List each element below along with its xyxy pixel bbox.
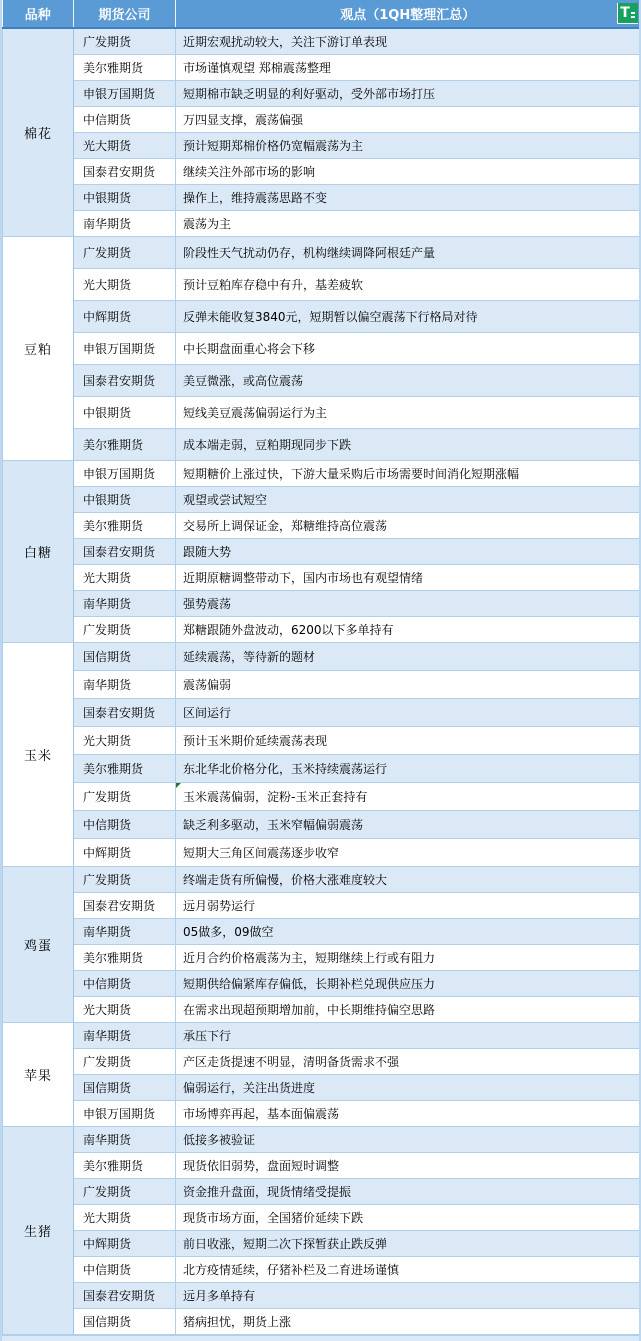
viewpoint-cell: 产区走货提速不明显，清明备货需求不强 bbox=[176, 1048, 640, 1074]
viewpoint-text: 市场博弈再起，基本面偏震荡 bbox=[183, 1107, 339, 1121]
viewpoint-text: 预计短期郑棉价格仍宽幅震荡为主 bbox=[183, 139, 363, 153]
viewpoint-cell: 美豆微涨，或高位震荡 bbox=[176, 364, 640, 396]
table-body: 棉花广发期货近期宏观扰动较大，关注下游订单表现美尔雅期货市场谨慎观望 郑棉震荡整… bbox=[3, 28, 640, 1334]
table-row: 光大期货现货市场方面，全国猪价延续下跌 bbox=[3, 1204, 640, 1230]
viewpoint-text: 资金推升盘面，现货情绪受提振 bbox=[183, 1185, 351, 1199]
table-row: 生猪南华期货低接多被验证 bbox=[3, 1126, 640, 1152]
viewpoint-text: 短线美豆震荡偏弱运行为主 bbox=[183, 406, 327, 420]
table-row: 光大期货预计豆粕库存稳中有升，基差疲软 bbox=[3, 268, 640, 300]
viewpoint-cell: 震荡偏弱 bbox=[176, 670, 640, 698]
table-row: 国信期货偏弱运行，关注出货进度 bbox=[3, 1074, 640, 1100]
company-cell: 中辉期货 bbox=[74, 838, 176, 866]
variety-cell: 玉米 bbox=[3, 642, 74, 866]
company-cell: 中辉期货 bbox=[74, 1230, 176, 1256]
company-cell: 美尔雅期货 bbox=[74, 428, 176, 460]
header-variety: 品种 bbox=[3, 0, 74, 28]
company-cell: 光大期货 bbox=[74, 996, 176, 1022]
company-cell: 中信期货 bbox=[74, 1256, 176, 1282]
table-row: 申银万国期货市场博弈再起，基本面偏震荡 bbox=[3, 1100, 640, 1126]
viewpoint-cell: 继续关注外部市场的影响 bbox=[176, 158, 640, 184]
header-viewpoint-label: 观点（1QH整理汇总） bbox=[340, 8, 475, 23]
table-row: 广发期货郑糖跟随外盘波动，6200以下多单持有 bbox=[3, 616, 640, 642]
viewpoint-text: 郑糖跟随外盘波动，6200以下多单持有 bbox=[183, 623, 394, 637]
viewpoint-text: 市场谨慎观望 郑棉震荡整理 bbox=[183, 61, 331, 75]
viewpoint-cell: 终端走货有所偏慢，价格大涨难度较大 bbox=[176, 866, 640, 892]
company-cell: 美尔雅期货 bbox=[74, 54, 176, 80]
table-row: 国泰君安期货远月弱势运行 bbox=[3, 892, 640, 918]
table-row: 中银期货操作上，维持震荡思路不变 bbox=[3, 184, 640, 210]
table-row: 国泰君安期货继续关注外部市场的影响 bbox=[3, 158, 640, 184]
company-cell: 光大期货 bbox=[74, 1204, 176, 1230]
table-row: 国信期货猪病担忧，期货上涨 bbox=[3, 1308, 640, 1334]
comment-flag-icon bbox=[176, 783, 181, 788]
table-row: 中银期货观望或尝试短空 bbox=[3, 486, 640, 512]
viewpoint-text: 阶段性天气扰动仍存，机构继续调降阿根廷产量 bbox=[183, 246, 435, 260]
company-cell: 国泰君安期货 bbox=[74, 1282, 176, 1308]
viewpoint-text: 远月弱势运行 bbox=[183, 899, 255, 913]
variety-cell: 棉花 bbox=[3, 28, 74, 236]
viewpoint-text: 反弹未能收复3840元，短期暂以偏空震荡下行格局对待 bbox=[183, 310, 478, 324]
table-row: 中信期货缺乏利多驱动，玉米窄幅偏弱震荡 bbox=[3, 810, 640, 838]
viewpoint-cell: 交易所上调保证金，郑糖维持高位震荡 bbox=[176, 512, 640, 538]
company-cell: 广发期货 bbox=[74, 866, 176, 892]
viewpoint-text: 区间运行 bbox=[183, 706, 231, 720]
viewpoint-cell: 市场谨慎观望 郑棉震荡整理 bbox=[176, 54, 640, 80]
viewpoint-text: 05做多，09做空 bbox=[183, 925, 274, 939]
viewpoint-text: 东北华北价格分化，玉米持续震荡运行 bbox=[183, 762, 387, 776]
futures-viewpoint-table-page: 品种 期货公司 观点（1QH整理汇总） T 棉花广发期货近期宏观扰动较大，关注下… bbox=[0, 0, 641, 1341]
viewpoint-cell: 成本端走弱，豆粕期现同步下跌 bbox=[176, 428, 640, 460]
company-cell: 中信期货 bbox=[74, 970, 176, 996]
viewpoint-cell: 短期棉市缺乏明显的利好驱动，受外部市场打压 bbox=[176, 80, 640, 106]
header-company: 期货公司 bbox=[74, 0, 176, 28]
viewpoint-text: 跟随大势 bbox=[183, 545, 231, 559]
table-row: 美尔雅期货成本端走弱，豆粕期现同步下跌 bbox=[3, 428, 640, 460]
table-row: 中信期货北方疫情延续，仔猪补栏及二育进场谨慎 bbox=[3, 1256, 640, 1282]
viewpoint-cell: 跟随大势 bbox=[176, 538, 640, 564]
company-cell: 广发期货 bbox=[74, 616, 176, 642]
viewpoint-cell: 近月合约价格震荡为主，短期继续上行或有阻力 bbox=[176, 944, 640, 970]
viewpoint-text: 震荡偏弱 bbox=[183, 678, 231, 692]
viewpoint-cell: 缺乏利多驱动，玉米窄幅偏弱震荡 bbox=[176, 810, 640, 838]
viewpoint-text: 近期宏观扰动较大，关注下游订单表现 bbox=[183, 35, 387, 49]
table-row: 棉花广发期货近期宏观扰动较大，关注下游订单表现 bbox=[3, 28, 640, 54]
viewpoint-text: 猪病担忧，期货上涨 bbox=[183, 1315, 291, 1329]
table-row: 光大期货在需求出现超预期增加前，中长期维持偏空思路 bbox=[3, 996, 640, 1022]
company-cell: 南华期货 bbox=[74, 1126, 176, 1152]
viewpoint-text: 万四显支撑，震荡偏强 bbox=[183, 113, 303, 127]
viewpoint-cell: 万四显支撑，震荡偏强 bbox=[176, 106, 640, 132]
viewpoint-text: 美豆微涨，或高位震荡 bbox=[183, 374, 303, 388]
viewpoint-text: 近期原糖调整带动下，国内市场也有观望情绪 bbox=[183, 571, 423, 585]
viewpoint-cell: 操作上，维持震荡思路不变 bbox=[176, 184, 640, 210]
company-cell: 光大期货 bbox=[74, 132, 176, 158]
company-cell: 国信期货 bbox=[74, 1074, 176, 1100]
company-cell: 国信期货 bbox=[74, 1308, 176, 1334]
table-row: 广发期货资金推升盘面，现货情绪受提振 bbox=[3, 1178, 640, 1204]
logo-letter: T bbox=[620, 6, 630, 20]
viewpoint-cell: 短期大三角区间震荡逐步收窄 bbox=[176, 838, 640, 866]
viewpoint-cell: 偏弱运行，关注出货进度 bbox=[176, 1074, 640, 1100]
company-cell: 国泰君安期货 bbox=[74, 538, 176, 564]
viewpoint-cell: 北方疫情延续，仔猪补栏及二育进场谨慎 bbox=[176, 1256, 640, 1282]
viewpoint-cell: 预计短期郑棉价格仍宽幅震荡为主 bbox=[176, 132, 640, 158]
viewpoint-cell: 中长期盘面重心将会下移 bbox=[176, 332, 640, 364]
table-row: 中辉期货前日收涨，短期二次下探暂获止跌反弹 bbox=[3, 1230, 640, 1256]
company-cell: 中信期货 bbox=[74, 810, 176, 838]
viewpoint-text: 近月合约价格震荡为主，短期继续上行或有阻力 bbox=[183, 951, 435, 965]
viewpoint-text: 强势震荡 bbox=[183, 597, 231, 611]
table-row: 国泰君安期货区间运行 bbox=[3, 698, 640, 726]
company-cell: 南华期货 bbox=[74, 210, 176, 236]
company-cell: 申银万国期货 bbox=[74, 460, 176, 486]
table-row: 美尔雅期货市场谨慎观望 郑棉震荡整理 bbox=[3, 54, 640, 80]
viewpoint-cell: 观望或尝试短空 bbox=[176, 486, 640, 512]
viewpoint-text: 现货依旧弱势，盘面短时调整 bbox=[183, 1159, 339, 1173]
viewpoint-text: 短期供给偏紧库存偏低，长期补栏兑现供应压力 bbox=[183, 977, 435, 991]
viewpoint-text: 终端走货有所偏慢，价格大涨难度较大 bbox=[183, 873, 387, 887]
viewpoint-text: 现货市场方面，全国猪价延续下跌 bbox=[183, 1211, 363, 1225]
viewpoint-table: 品种 期货公司 观点（1QH整理汇总） T 棉花广发期货近期宏观扰动较大，关注下… bbox=[2, 0, 640, 1335]
variety-cell: 苹果 bbox=[3, 1022, 74, 1126]
table-row: 广发期货产区走货提速不明显，清明备货需求不强 bbox=[3, 1048, 640, 1074]
viewpoint-cell: 近期宏观扰动较大，关注下游订单表现 bbox=[176, 28, 640, 54]
viewpoint-cell: 远月弱势运行 bbox=[176, 892, 640, 918]
variety-cell: 白糖 bbox=[3, 460, 74, 642]
table-row: 光大期货预计短期郑棉价格仍宽幅震荡为主 bbox=[3, 132, 640, 158]
viewpoint-cell: 强势震荡 bbox=[176, 590, 640, 616]
company-cell: 南华期货 bbox=[74, 1022, 176, 1048]
viewpoint-cell: 短期糖价上涨过快，下游大量采购后市场需要时间消化短期涨幅 bbox=[176, 460, 640, 486]
company-cell: 中银期货 bbox=[74, 396, 176, 428]
company-cell: 广发期货 bbox=[74, 782, 176, 810]
viewpoint-cell: 现货市场方面，全国猪价延续下跌 bbox=[176, 1204, 640, 1230]
viewpoint-cell: 预计玉米期价延续震荡表现 bbox=[176, 726, 640, 754]
viewpoint-text: 中长期盘面重心将会下移 bbox=[183, 342, 315, 356]
viewpoint-cell: 短期供给偏紧库存偏低，长期补栏兑现供应压力 bbox=[176, 970, 640, 996]
viewpoint-text: 前日收涨，短期二次下探暂获止跌反弹 bbox=[183, 1237, 387, 1251]
table-row: 南华期货强势震荡 bbox=[3, 590, 640, 616]
company-cell: 国泰君安期货 bbox=[74, 158, 176, 184]
table-row: 国泰君安期货美豆微涨，或高位震荡 bbox=[3, 364, 640, 396]
table-row: 中银期货短线美豆震荡偏弱运行为主 bbox=[3, 396, 640, 428]
company-cell: 广发期货 bbox=[74, 236, 176, 268]
company-cell: 光大期货 bbox=[74, 564, 176, 590]
viewpoint-text: 预计豆粕库存稳中有升，基差疲软 bbox=[183, 278, 363, 292]
viewpoint-cell: 震荡为主 bbox=[176, 210, 640, 236]
table-row: 光大期货近期原糖调整带动下，国内市场也有观望情绪 bbox=[3, 564, 640, 590]
viewpoint-text: 观望或尝试短空 bbox=[183, 493, 267, 507]
viewpoint-text: 玉米震荡偏弱，淀粉-玉米正套持有 bbox=[183, 790, 367, 804]
company-cell: 广发期货 bbox=[74, 1178, 176, 1204]
company-cell: 南华期货 bbox=[74, 670, 176, 698]
viewpoint-cell: 东北华北价格分化，玉米持续震荡运行 bbox=[176, 754, 640, 782]
viewpoint-text: 交易所上调保证金，郑糖维持高位震荡 bbox=[183, 519, 387, 533]
viewpoint-text: 产区走货提速不明显，清明备货需求不强 bbox=[183, 1055, 399, 1069]
viewpoint-text: 在需求出现超预期增加前，中长期维持偏空思路 bbox=[183, 1003, 435, 1017]
viewpoint-cell: 05做多，09做空 bbox=[176, 918, 640, 944]
company-cell: 美尔雅期货 bbox=[74, 754, 176, 782]
viewpoint-cell: 短线美豆震荡偏弱运行为主 bbox=[176, 396, 640, 428]
company-cell: 美尔雅期货 bbox=[74, 1152, 176, 1178]
viewpoint-cell: 郑糖跟随外盘波动，6200以下多单持有 bbox=[176, 616, 640, 642]
viewpoint-text: 预计玉米期价延续震荡表现 bbox=[183, 734, 327, 748]
table-row: 中信期货短期供给偏紧库存偏低，长期补栏兑现供应压力 bbox=[3, 970, 640, 996]
company-cell: 国泰君安期货 bbox=[74, 698, 176, 726]
table-row: 光大期货预计玉米期价延续震荡表现 bbox=[3, 726, 640, 754]
table-row: 国泰君安期货远月多单持有 bbox=[3, 1282, 640, 1308]
table-row: 中辉期货短期大三角区间震荡逐步收窄 bbox=[3, 838, 640, 866]
table-row: 白糖申银万国期货短期糖价上涨过快，下游大量采购后市场需要时间消化短期涨幅 bbox=[3, 460, 640, 486]
viewpoint-text: 缺乏利多驱动，玉米窄幅偏弱震荡 bbox=[183, 818, 363, 832]
viewpoint-cell: 反弹未能收复3840元，短期暂以偏空震荡下行格局对待 bbox=[176, 300, 640, 332]
viewpoint-text: 短期大三角区间震荡逐步收窄 bbox=[183, 846, 339, 860]
table-row: 南华期货震荡为主 bbox=[3, 210, 640, 236]
viewpoint-cell: 承压下行 bbox=[176, 1022, 640, 1048]
viewpoint-text: 延续震荡，等待新的题材 bbox=[183, 650, 315, 664]
table-row: 中辉期货反弹未能收复3840元，短期暂以偏空震荡下行格局对待 bbox=[3, 300, 640, 332]
viewpoint-text: 操作上，维持震荡思路不变 bbox=[183, 191, 327, 205]
variety-cell: 鸡蛋 bbox=[3, 866, 74, 1022]
viewpoint-cell: 预计豆粕库存稳中有升，基差疲软 bbox=[176, 268, 640, 300]
cutoff-next-row bbox=[2, 1335, 639, 1341]
table-row: 美尔雅期货近月合约价格震荡为主，短期继续上行或有阻力 bbox=[3, 944, 640, 970]
viewpoint-cell: 延续震荡，等待新的题材 bbox=[176, 642, 640, 670]
viewpoint-cell: 玉米震荡偏弱，淀粉-玉米正套持有 bbox=[176, 782, 640, 810]
header-viewpoint: 观点（1QH整理汇总） T bbox=[176, 0, 640, 28]
viewpoint-cell: 现货依旧弱势，盘面短时调整 bbox=[176, 1152, 640, 1178]
table-row: 广发期货玉米震荡偏弱，淀粉-玉米正套持有 bbox=[3, 782, 640, 810]
variety-cell: 生猪 bbox=[3, 1126, 74, 1334]
viewpoint-cell: 猪病担忧，期货上涨 bbox=[176, 1308, 640, 1334]
company-cell: 国泰君安期货 bbox=[74, 892, 176, 918]
company-cell: 中银期货 bbox=[74, 486, 176, 512]
company-cell: 南华期货 bbox=[74, 590, 176, 616]
viewpoint-text: 偏弱运行，关注出货进度 bbox=[183, 1081, 315, 1095]
viewpoint-cell: 资金推升盘面，现货情绪受提振 bbox=[176, 1178, 640, 1204]
green-t-logo-icon: T bbox=[617, 3, 638, 24]
company-cell: 光大期货 bbox=[74, 726, 176, 754]
table-row: 美尔雅期货交易所上调保证金，郑糖维持高位震荡 bbox=[3, 512, 640, 538]
table-row: 中信期货万四显支撑，震荡偏强 bbox=[3, 106, 640, 132]
company-cell: 中银期货 bbox=[74, 184, 176, 210]
header-row: 品种 期货公司 观点（1QH整理汇总） T bbox=[3, 0, 640, 28]
company-cell: 光大期货 bbox=[74, 268, 176, 300]
viewpoint-cell: 市场博弈再起，基本面偏震荡 bbox=[176, 1100, 640, 1126]
viewpoint-text: 继续关注外部市场的影响 bbox=[183, 165, 315, 179]
table-row: 鸡蛋广发期货终端走货有所偏慢，价格大涨难度较大 bbox=[3, 866, 640, 892]
table-row: 申银万国期货短期棉市缺乏明显的利好驱动，受外部市场打压 bbox=[3, 80, 640, 106]
viewpoint-cell: 区间运行 bbox=[176, 698, 640, 726]
company-cell: 中辉期货 bbox=[74, 300, 176, 332]
viewpoint-text: 北方疫情延续，仔猪补栏及二育进场谨慎 bbox=[183, 1263, 399, 1277]
viewpoint-cell: 低接多被验证 bbox=[176, 1126, 640, 1152]
company-cell: 申银万国期货 bbox=[74, 80, 176, 106]
table-row: 美尔雅期货东北华北价格分化，玉米持续震荡运行 bbox=[3, 754, 640, 782]
company-cell: 申银万国期货 bbox=[74, 332, 176, 364]
company-cell: 南华期货 bbox=[74, 918, 176, 944]
viewpoint-text: 短期糖价上涨过快，下游大量采购后市场需要时间消化短期涨幅 bbox=[183, 467, 519, 481]
table-row: 南华期货05做多，09做空 bbox=[3, 918, 640, 944]
company-cell: 美尔雅期货 bbox=[74, 512, 176, 538]
viewpoint-cell: 近期原糖调整带动下，国内市场也有观望情绪 bbox=[176, 564, 640, 590]
viewpoint-text: 成本端走弱，豆粕期现同步下跌 bbox=[183, 438, 351, 452]
viewpoint-text: 承压下行 bbox=[183, 1029, 231, 1043]
logo-dashes bbox=[631, 12, 635, 18]
viewpoint-cell: 前日收涨，短期二次下探暂获止跌反弹 bbox=[176, 1230, 640, 1256]
viewpoint-cell: 阶段性天气扰动仍存，机构继续调降阿根廷产量 bbox=[176, 236, 640, 268]
table-row: 国泰君安期货跟随大势 bbox=[3, 538, 640, 564]
viewpoint-text: 低接多被验证 bbox=[183, 1133, 255, 1147]
table-row: 玉米国信期货延续震荡，等待新的题材 bbox=[3, 642, 640, 670]
viewpoint-cell: 在需求出现超预期增加前，中长期维持偏空思路 bbox=[176, 996, 640, 1022]
company-cell: 广发期货 bbox=[74, 28, 176, 54]
company-cell: 申银万国期货 bbox=[74, 1100, 176, 1126]
table-row: 美尔雅期货现货依旧弱势，盘面短时调整 bbox=[3, 1152, 640, 1178]
company-cell: 美尔雅期货 bbox=[74, 944, 176, 970]
company-cell: 广发期货 bbox=[74, 1048, 176, 1074]
company-cell: 国信期货 bbox=[74, 642, 176, 670]
table-row: 南华期货震荡偏弱 bbox=[3, 670, 640, 698]
viewpoint-cell: 远月多单持有 bbox=[176, 1282, 640, 1308]
table-row: 苹果南华期货承压下行 bbox=[3, 1022, 640, 1048]
table-row: 豆粕广发期货阶段性天气扰动仍存，机构继续调降阿根廷产量 bbox=[3, 236, 640, 268]
viewpoint-text: 短期棉市缺乏明显的利好驱动，受外部市场打压 bbox=[183, 87, 435, 101]
viewpoint-text: 远月多单持有 bbox=[183, 1289, 255, 1303]
company-cell: 中信期货 bbox=[74, 106, 176, 132]
viewpoint-text: 震荡为主 bbox=[183, 217, 231, 231]
company-cell: 国泰君安期货 bbox=[74, 364, 176, 396]
variety-cell: 豆粕 bbox=[3, 236, 74, 460]
table-row: 申银万国期货中长期盘面重心将会下移 bbox=[3, 332, 640, 364]
